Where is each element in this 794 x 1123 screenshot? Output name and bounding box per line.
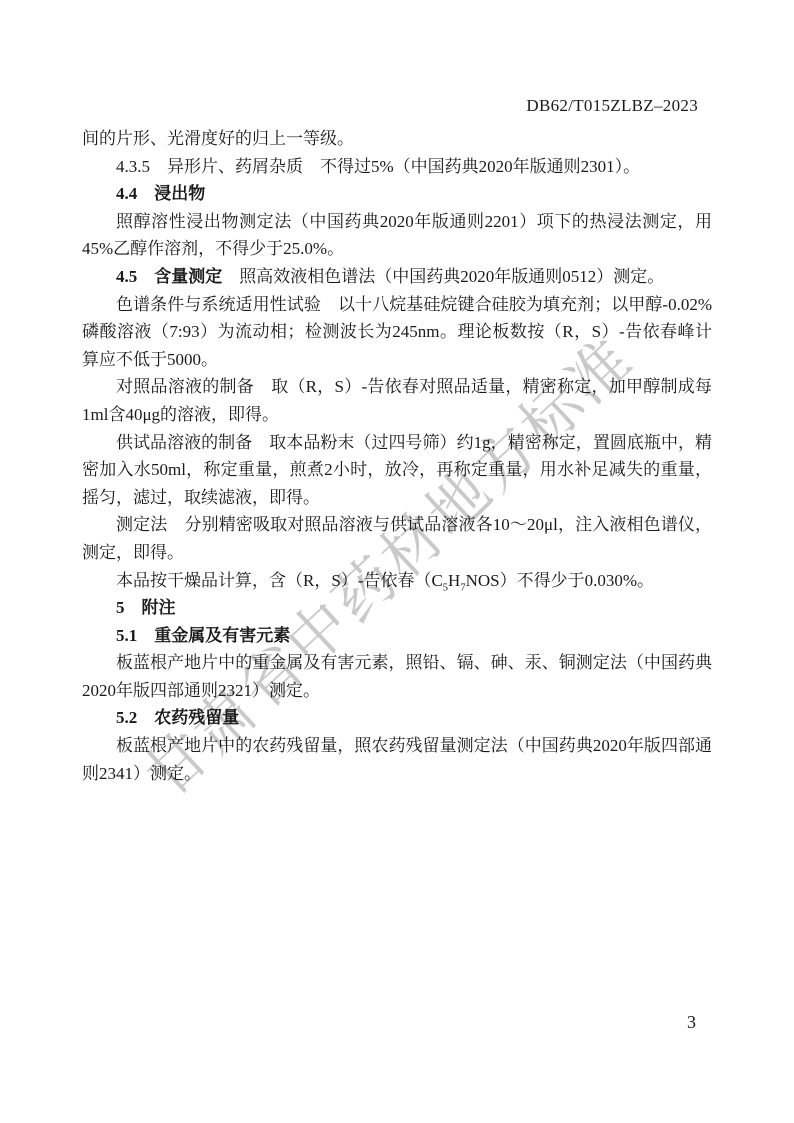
heading-5-1-heavy-metals: 5.1 重金属及有害元素 <box>82 622 712 650</box>
paragraph-determination-method: 测定法 分别精密吸取对照品溶液与供试品溶液各10～20μl，注入液相色谱仪，测定… <box>82 511 712 566</box>
heading-5-notes: 5 附注 <box>82 594 712 622</box>
standard-code-header: DB62/T015ZLBZ–2023 <box>526 96 698 116</box>
heading-5-2-pesticide-residues: 5.2 农药残留量 <box>82 704 712 732</box>
paragraph-chromatographic-conditions: 色谱条件与系统适用性试验 以十八烷基硅烷键合硅胶为填充剂；以甲醇-0.02%磷酸… <box>82 291 712 374</box>
heading-4-5-assay-label: 4.5 含量测定 <box>116 267 222 286</box>
clause-4-5-assay: 4.5 含量测定 照高效液相色谱法（中国药典2020年版通则0512）测定。 <box>82 263 712 291</box>
document-body: 间的片形、光滑度好的归上一等级。 4.3.5 异形片、药屑杂质 不得过5%（中国… <box>82 125 712 787</box>
paragraph-heavy-metals: 板蓝根产地片中的重金属及有害元素，照铅、镉、砷、汞、铜测定法（中国药典2020年… <box>82 649 712 704</box>
paragraph-test-solution: 供试品溶液的制备 取本品粉末（过四号筛）约1g，精密称定，置圆底瓶中，精密加入水… <box>82 429 712 512</box>
paragraph-assay-limit: 本品按干燥品计算，含（R，S）-告依春（C5H7NOS）不得少于0.030%。 <box>82 567 712 595</box>
clause-4-3-5-foreign-matter: 4.3.5 异形片、药屑杂质 不得过5%（中国药典2020年版通则2301）。 <box>82 153 712 181</box>
paragraph-pesticide-residues: 板蓝根产地片中的农药残留量，照农药残留量测定法（中国药典2020年版四部通则23… <box>82 732 712 787</box>
paragraph-reference-solution: 对照品溶液的制备 取（R，S）-告依春对照品适量，精密称定，加甲醇制成每1ml含… <box>82 373 712 428</box>
assay-limit-text-pre: 本品按干燥品计算，含（R，S）-告依春（C <box>116 571 443 590</box>
page-number: 3 <box>687 1012 696 1033</box>
assay-limit-text-post: NOS）不得少于0.030%。 <box>466 571 654 590</box>
heading-4-4-extractives: 4.4 浸出物 <box>82 180 712 208</box>
clause-4-5-assay-text: 照高效液相色谱法（中国药典2020年版通则0512）测定。 <box>222 267 664 286</box>
paragraph-grading-continuation: 间的片形、光滑度好的归上一等级。 <box>82 125 712 153</box>
formula-h: H <box>448 571 460 590</box>
document-page: 甘肃省中药材地方标准 DB62/T015ZLBZ–2023 间的片形、光滑度好的… <box>0 0 794 1123</box>
paragraph-extractives-method: 照醇溶性浸出物测定法（中国药典2020年版通则2201）项下的热浸法测定，用45… <box>82 208 712 263</box>
